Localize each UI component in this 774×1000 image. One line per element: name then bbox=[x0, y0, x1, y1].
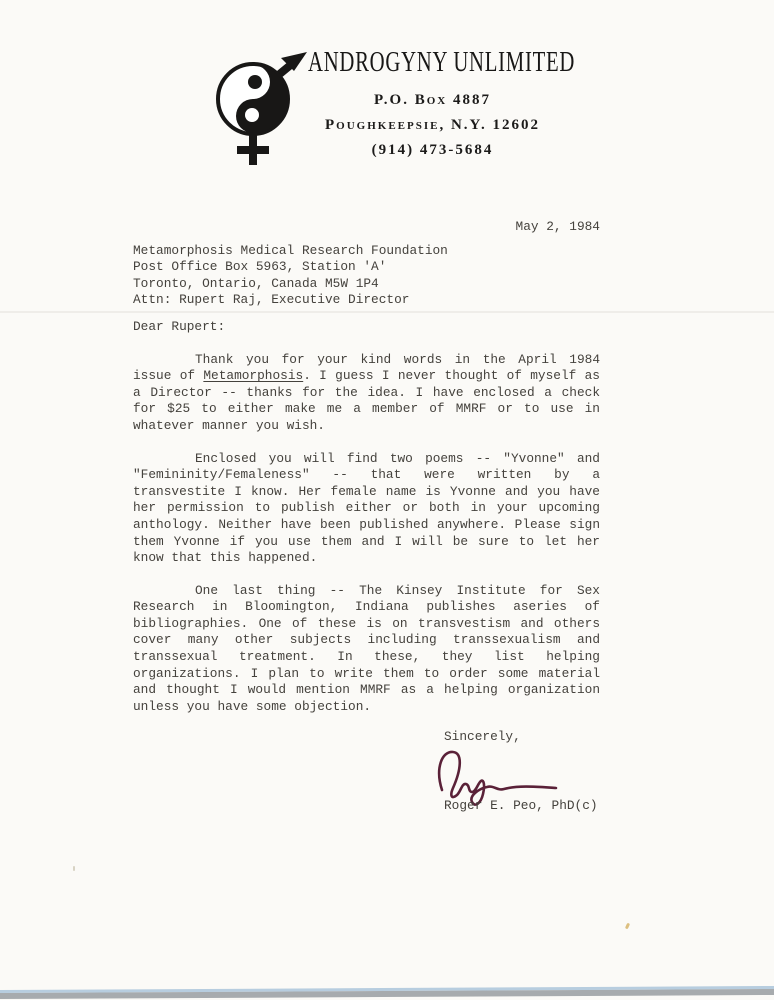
letter-body: May 2, 1984 Metamorphosis Medical Resear… bbox=[133, 219, 600, 815]
paper-fold-crease bbox=[0, 311, 774, 313]
paper-speck bbox=[73, 866, 75, 871]
letter-date: May 2, 1984 bbox=[133, 219, 600, 236]
scan-bottom-edge bbox=[0, 986, 774, 999]
signed-by-name: Roger E. Peo, PhD(c) bbox=[444, 798, 600, 815]
salutation: Dear Rupert: bbox=[133, 319, 600, 336]
recipient-line: Toronto, Ontario, Canada M5W 1P4 bbox=[133, 276, 600, 293]
paper-speck bbox=[625, 923, 630, 930]
org-name: ANDROGYNY UNLIMITED bbox=[308, 47, 575, 79]
closing-block: Sincerely, Roger E. Peo, PhD(c) bbox=[444, 729, 600, 814]
letterhead-city-line: Poughkeepsie, N.Y. 12602 bbox=[285, 117, 580, 134]
recipient-line: Post Office Box 5963, Station 'A' bbox=[133, 259, 600, 276]
recipient-line: Metamorphosis Medical Research Foundatio… bbox=[133, 243, 600, 260]
paragraph-1: Thank you for your kind words in the Apr… bbox=[133, 352, 600, 435]
paragraph-2: Enclosed you will find two poems -- "Yvo… bbox=[133, 451, 600, 567]
letter-page: ANDROGYNY UNLIMITED P.O. Box 4887 Poughk… bbox=[0, 0, 774, 1000]
letterhead-phone: (914) 473-5684 bbox=[285, 142, 580, 159]
recipient-line: Attn: Rupert Raj, Executive Director bbox=[133, 292, 600, 309]
recipient-address-block: Metamorphosis Medical Research Foundatio… bbox=[133, 243, 600, 309]
paragraph-3: One last thing -- The Kinsey Institute f… bbox=[133, 583, 600, 716]
letterhead-po-box: P.O. Box 4887 bbox=[285, 92, 580, 109]
closing-word: Sincerely, bbox=[444, 729, 600, 746]
